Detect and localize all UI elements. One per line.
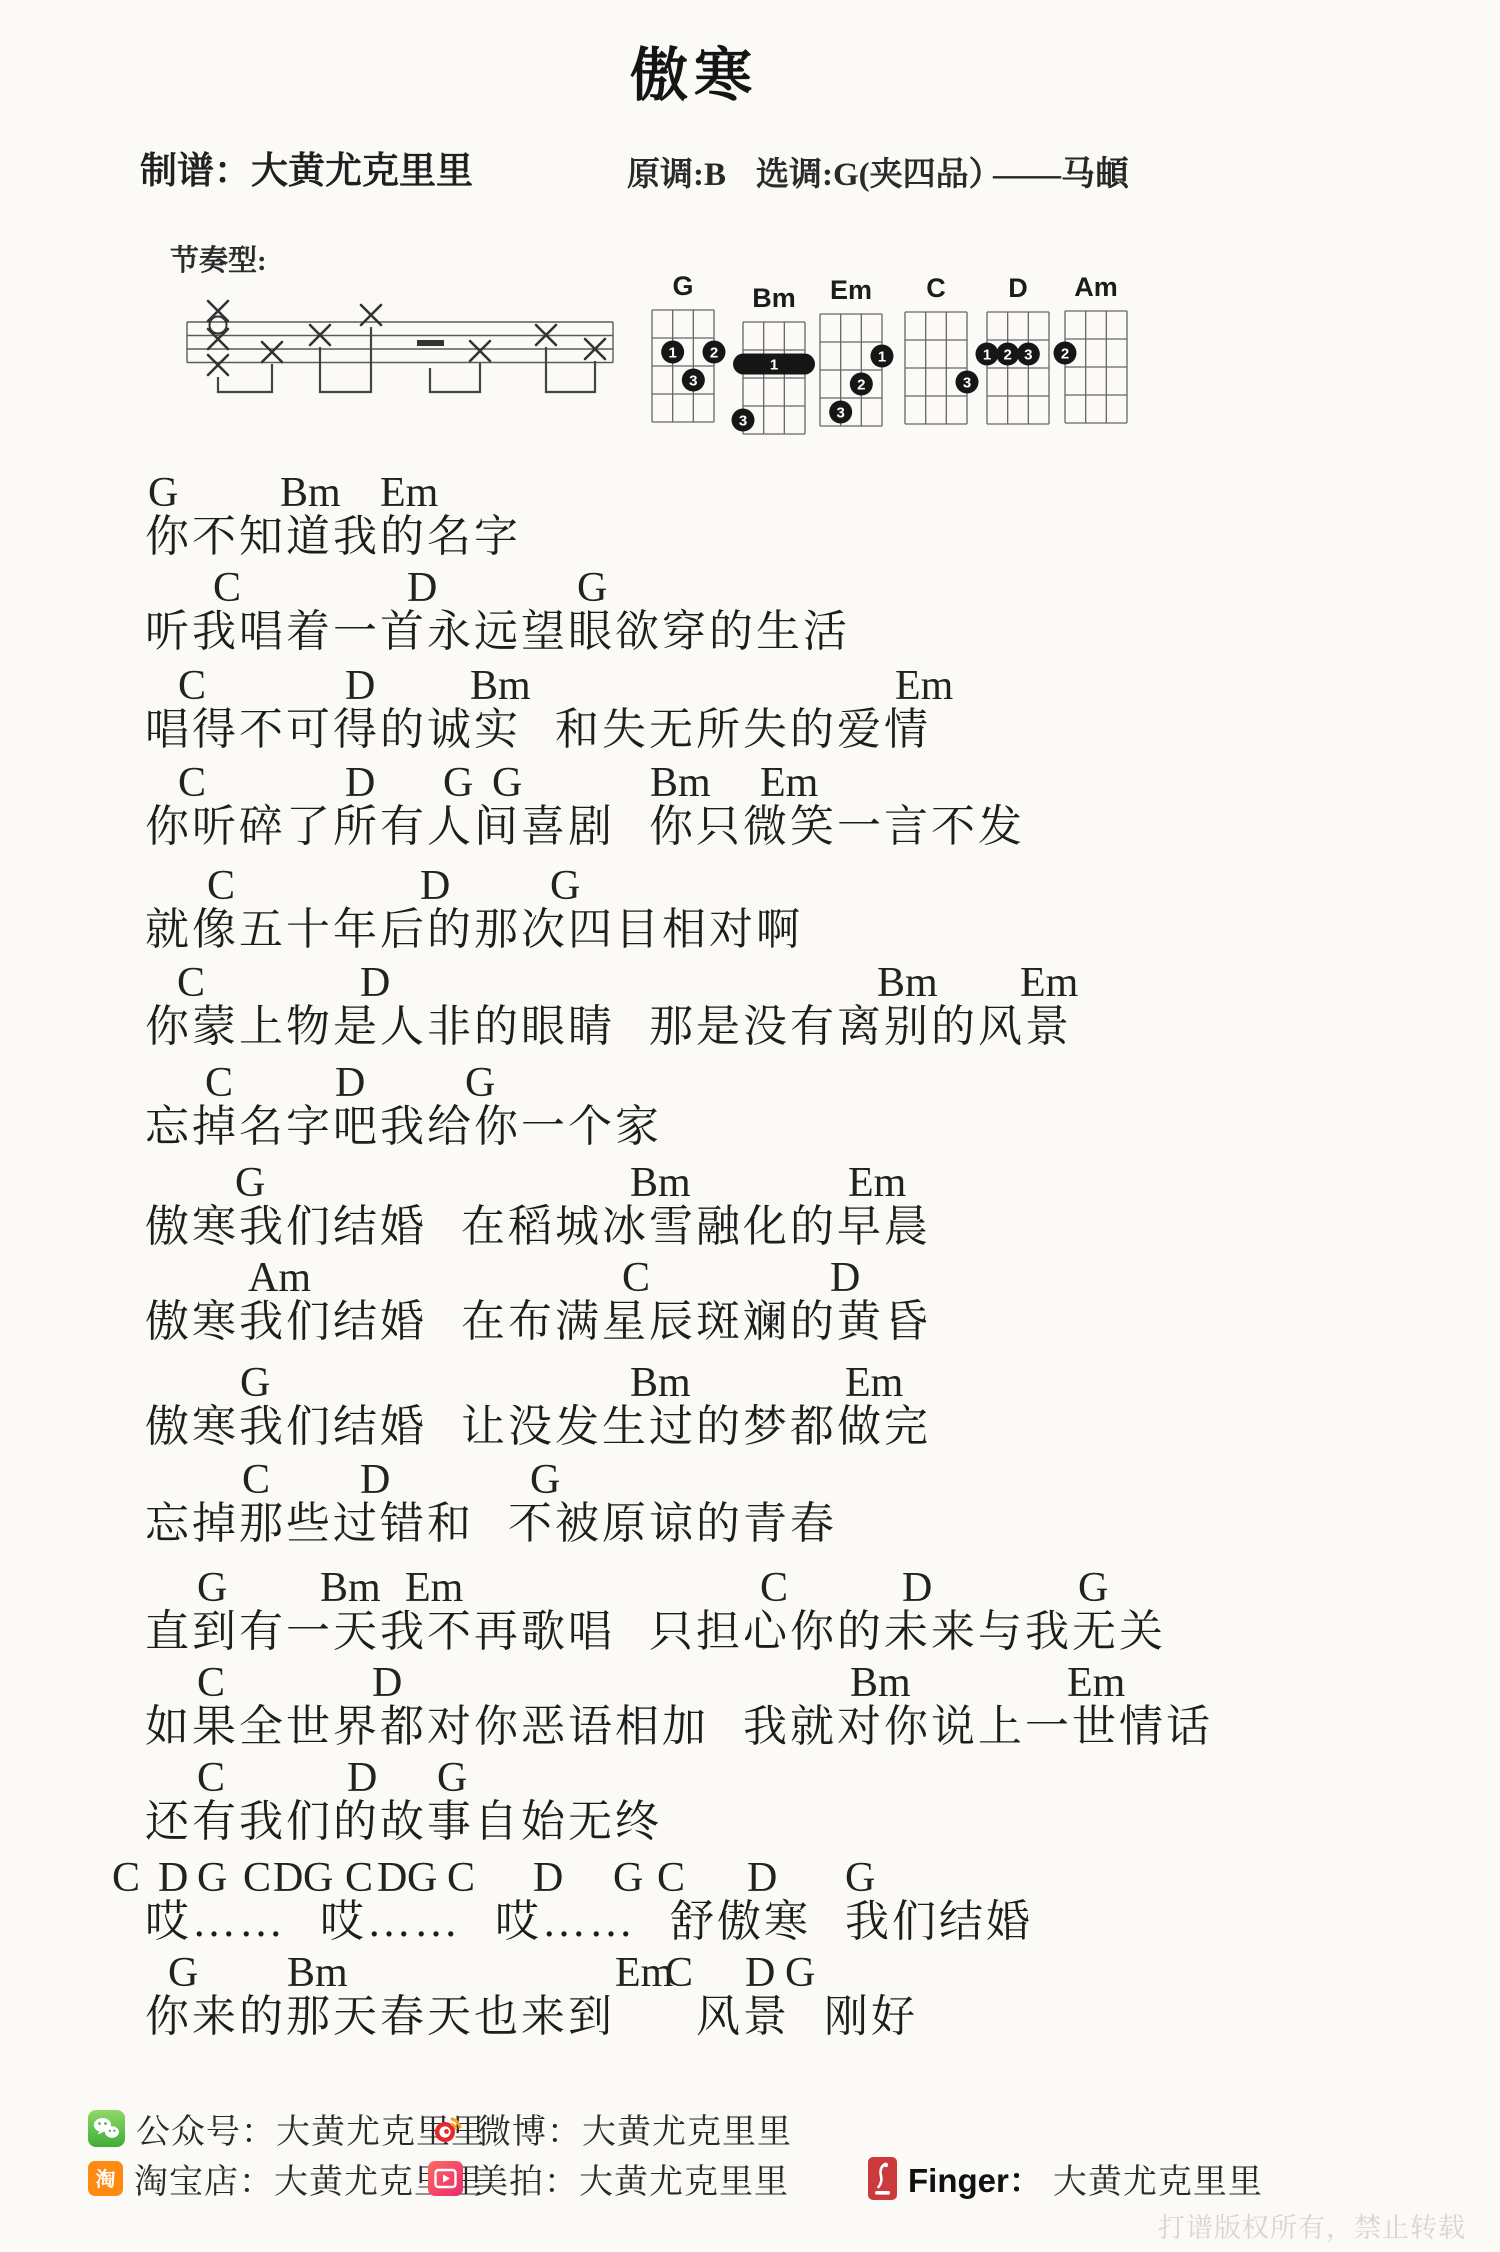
chord-label: D	[360, 960, 390, 1006]
chord-diagram-Em: Em123	[803, 270, 899, 443]
chord-label: G	[613, 1855, 643, 1901]
lyric-line: GBmEm傲寒我们结婚 让没发生过的梦都做完	[0, 1360, 1500, 1456]
taobao-icon: 淘	[88, 2161, 123, 2196]
chord-label: Bm	[630, 1360, 691, 1406]
svg-text:2: 2	[857, 377, 865, 394]
chord-label: G	[492, 760, 522, 806]
chord-label: D	[360, 1457, 390, 1503]
chord-label: D	[747, 1855, 777, 1901]
footer-item-wechat: 公众号：大黄尤克里里	[88, 2104, 486, 2153]
chord-label: C	[242, 1457, 270, 1503]
svg-text:3: 3	[689, 373, 697, 390]
chord-label: C	[447, 1855, 475, 1901]
chord-label: C	[197, 1755, 225, 1801]
chord-label: D	[420, 863, 450, 909]
chord-label: G	[1078, 1565, 1108, 1611]
lyric-text: 就像五十年后的那次四目相对啊	[145, 905, 803, 955]
chord-label: Em	[380, 470, 438, 516]
lyric-line: CDBmEm唱得不可得的诚实 和失无所失的爱情	[0, 663, 1500, 759]
footer-item-meipai: 美拍：大黄尤克里里	[428, 2154, 789, 2203]
watermark: 打谱版权所有，禁止转载	[1158, 2206, 1466, 2245]
svg-text:1: 1	[668, 345, 676, 362]
chord-label: G	[785, 1950, 815, 1996]
chord-label: Bm	[470, 663, 531, 709]
chord-label: C	[205, 1060, 233, 1106]
svg-text:G: G	[672, 271, 693, 301]
key-info: 原调:B选调:G(夹四品）	[627, 148, 1002, 195]
chord-label: C	[345, 1855, 373, 1901]
chord-label: D	[372, 1660, 402, 1706]
chord-label: Em	[760, 760, 818, 806]
chord-label: D	[902, 1565, 932, 1611]
lyric-text: 哎…… 哎…… 哎…… 舒傲寒 我们结婚	[145, 1897, 1033, 1947]
rhythm-pattern-notation	[150, 295, 650, 415]
chord-label: D	[273, 1855, 303, 1901]
svg-text:3: 3	[739, 413, 747, 430]
chord-label: Bm	[877, 960, 938, 1006]
chord-label: C	[760, 1565, 788, 1611]
chord-label: G	[845, 1855, 875, 1901]
chord-label: C	[178, 663, 206, 709]
rhythm-pattern-label: 节奏型:	[170, 238, 267, 279]
meipai-icon	[428, 2161, 463, 2196]
lyric-line: GBmEmCDG直到有一天我不再歌唱 只担心你的未来与我无关	[0, 1565, 1500, 1661]
chord-label: G	[550, 863, 580, 909]
chord-label: G	[407, 1855, 437, 1901]
lyric-line: CDBmEm你蒙上物是人非的眼睛 那是没有离别的风景	[0, 960, 1500, 1056]
lyric-text: 还有我们的故事自始无终	[145, 1797, 662, 1847]
chord-label: D	[345, 663, 375, 709]
lyric-line: CDBmEm如果全世界都对你恶语相加 我就对你说上一世情话	[0, 1660, 1500, 1756]
lyric-text: 忘掉那些过错和 不被原谅的青春	[145, 1499, 837, 1549]
lyric-text: 傲寒我们结婚 在稻城冰雪融化的早晨	[145, 1202, 931, 1252]
lyric-line: CDG就像五十年后的那次四目相对啊	[0, 863, 1500, 959]
chord-label: Am	[248, 1255, 311, 1301]
lyric-text: 你听碎了所有人间喜剧 你只微笑一言不发	[145, 802, 1025, 852]
chord-label: D	[377, 1855, 407, 1901]
chord-sheet-page: 傲寒 制谱：大黄尤克里里 原调:B选调:G(夹四品） ——马頔 节奏型:	[0, 0, 1500, 2252]
svg-text:淘: 淘	[96, 2167, 116, 2191]
lyric-text: 忘掉名字吧我给你一个家	[145, 1102, 662, 1152]
svg-text:2: 2	[1061, 346, 1069, 363]
footer-item-label: 大黄尤克里里	[1053, 2154, 1263, 2203]
chord-label: Em	[405, 1565, 463, 1611]
artist-name: ——马頔	[993, 146, 1129, 195]
credit-transcriber: 制谱：大黄尤克里里	[140, 140, 473, 194]
lyric-line: CDGGBmEm你听碎了所有人间喜剧 你只微笑一言不发	[0, 760, 1500, 856]
lyric-text: 你不知道我的名字	[145, 512, 521, 562]
chord-label: C	[178, 760, 206, 806]
footer-item-weibo: 微博：大黄尤克里里	[428, 2104, 792, 2153]
footer-item-taobao: 淘淘宝店：大黄尤克里里	[88, 2154, 484, 2203]
chord-label: C	[197, 1660, 225, 1706]
chord-label: D	[158, 1855, 188, 1901]
chord-label: C	[177, 960, 205, 1006]
chord-label: D	[830, 1255, 860, 1301]
svg-text:2: 2	[1003, 347, 1011, 364]
svg-text:Em: Em	[830, 275, 872, 305]
svg-text:3: 3	[836, 405, 844, 422]
lyric-line: CDG还有我们的故事自始无终	[0, 1755, 1500, 1851]
chord-label: C	[207, 863, 235, 909]
chord-label: D	[345, 760, 375, 806]
chord-label: Em	[845, 1360, 903, 1406]
weibo-icon	[428, 2110, 466, 2148]
lyric-text: 你蒙上物是人非的眼睛 那是没有离别的风景	[145, 1002, 1072, 1052]
lyric-text: 唱得不可得的诚实 和失无所失的爱情	[145, 705, 931, 755]
svg-text:1: 1	[878, 349, 886, 366]
lyric-line: GBmEmCDG你来的那天春天也来到 风景 刚好	[0, 1950, 1500, 2046]
footer-item-label: 微博：大黄尤克里里	[477, 2104, 792, 2153]
lyric-line: AmCD傲寒我们结婚 在布满星辰斑斓的黄昏	[0, 1255, 1500, 1351]
chord-label: C	[665, 1950, 693, 1996]
svg-text:1: 1	[770, 357, 778, 374]
chord-label: D	[335, 1060, 365, 1106]
lyric-text: 傲寒我们结婚 让没发生过的梦都做完	[145, 1402, 931, 1452]
chord-label: C	[622, 1255, 650, 1301]
svg-text:3: 3	[1024, 347, 1032, 364]
chord-label: Em	[1067, 1660, 1125, 1706]
chord-label: G	[577, 565, 607, 611]
lyric-line: CDG忘掉那些过错和 不被原谅的青春	[0, 1457, 1500, 1553]
chord-label: D	[745, 1950, 775, 1996]
svg-text:2: 2	[710, 345, 718, 362]
finger-icon	[868, 2157, 897, 2200]
chord-label: D	[533, 1855, 563, 1901]
chord-label: G	[303, 1855, 333, 1901]
lyric-text: 你来的那天春天也来到 风景 刚好	[145, 1992, 918, 2042]
original-key: 原调:B	[627, 157, 726, 193]
chord-label: G	[197, 1855, 227, 1901]
svg-text:D: D	[1008, 273, 1028, 303]
chord-diagram-Am: Am2	[1048, 267, 1144, 440]
chord-label: Bm	[287, 1950, 348, 1996]
lyric-line: GBmEm你不知道我的名字	[0, 470, 1500, 566]
chord-label: G	[235, 1160, 265, 1206]
wechat-icon	[88, 2110, 125, 2147]
lyric-text: 听我唱着一首永远望眼欲穿的生活	[145, 607, 850, 657]
chord-label: Em	[848, 1160, 906, 1206]
svg-text:1: 1	[983, 347, 991, 364]
chord-label: G	[148, 470, 178, 516]
chord-label: C	[112, 1855, 140, 1901]
footer-item-finger: Finger：大黄尤克里里	[868, 2154, 1263, 2203]
chord-label: G	[197, 1565, 227, 1611]
lyric-text: 直到有一天我不再歌唱 只担心你的未来与我无关	[145, 1607, 1166, 1657]
chord-label: G	[240, 1360, 270, 1406]
lyric-text: 如果全世界都对你恶语相加 我就对你说上一世情话	[145, 1702, 1213, 1752]
chord-label: G	[437, 1755, 467, 1801]
chord-label: C	[243, 1855, 271, 1901]
chord-label: Bm	[630, 1160, 691, 1206]
chord-diagram-G: G123	[635, 266, 731, 439]
lyric-line: CDGCDGCDGCDGCDG哎…… 哎…… 哎…… 舒傲寒 我们结婚	[0, 1855, 1500, 1951]
chord-label: D	[347, 1755, 377, 1801]
lyric-line: CDG忘掉名字吧我给你一个家	[0, 1060, 1500, 1156]
chord-label: D	[407, 565, 437, 611]
page-title: 傲寒	[630, 28, 758, 112]
chord-label: Bm	[280, 470, 341, 516]
chord-label: G	[530, 1457, 560, 1503]
lyric-line: GBmEm傲寒我们结婚 在稻城冰雪融化的早晨	[0, 1160, 1500, 1256]
chord-label: C	[657, 1855, 685, 1901]
footer-item-bold-label: Finger：	[908, 2155, 1042, 2202]
svg-text:Am: Am	[1074, 272, 1118, 302]
chord-label: Bm	[320, 1565, 381, 1611]
chord-label: G	[168, 1950, 198, 1996]
chord-label: G	[465, 1060, 495, 1106]
svg-text:Bm: Bm	[752, 283, 796, 313]
lyric-text: 傲寒我们结婚 在布满星辰斑斓的黄昏	[145, 1297, 931, 1347]
chord-label: G	[443, 760, 473, 806]
selected-key: 选调:G(夹四品）	[756, 157, 1002, 193]
chord-label: C	[213, 565, 241, 611]
chord-label: Em	[895, 663, 953, 709]
chord-label: Em	[1020, 960, 1078, 1006]
lyric-line: CDG听我唱着一首永远望眼欲穿的生活	[0, 565, 1500, 661]
chord-label: Bm	[650, 760, 711, 806]
chord-label: Bm	[850, 1660, 911, 1706]
footer-item-label: 美拍：大黄尤克里里	[474, 2154, 789, 2203]
svg-text:C: C	[926, 273, 946, 303]
